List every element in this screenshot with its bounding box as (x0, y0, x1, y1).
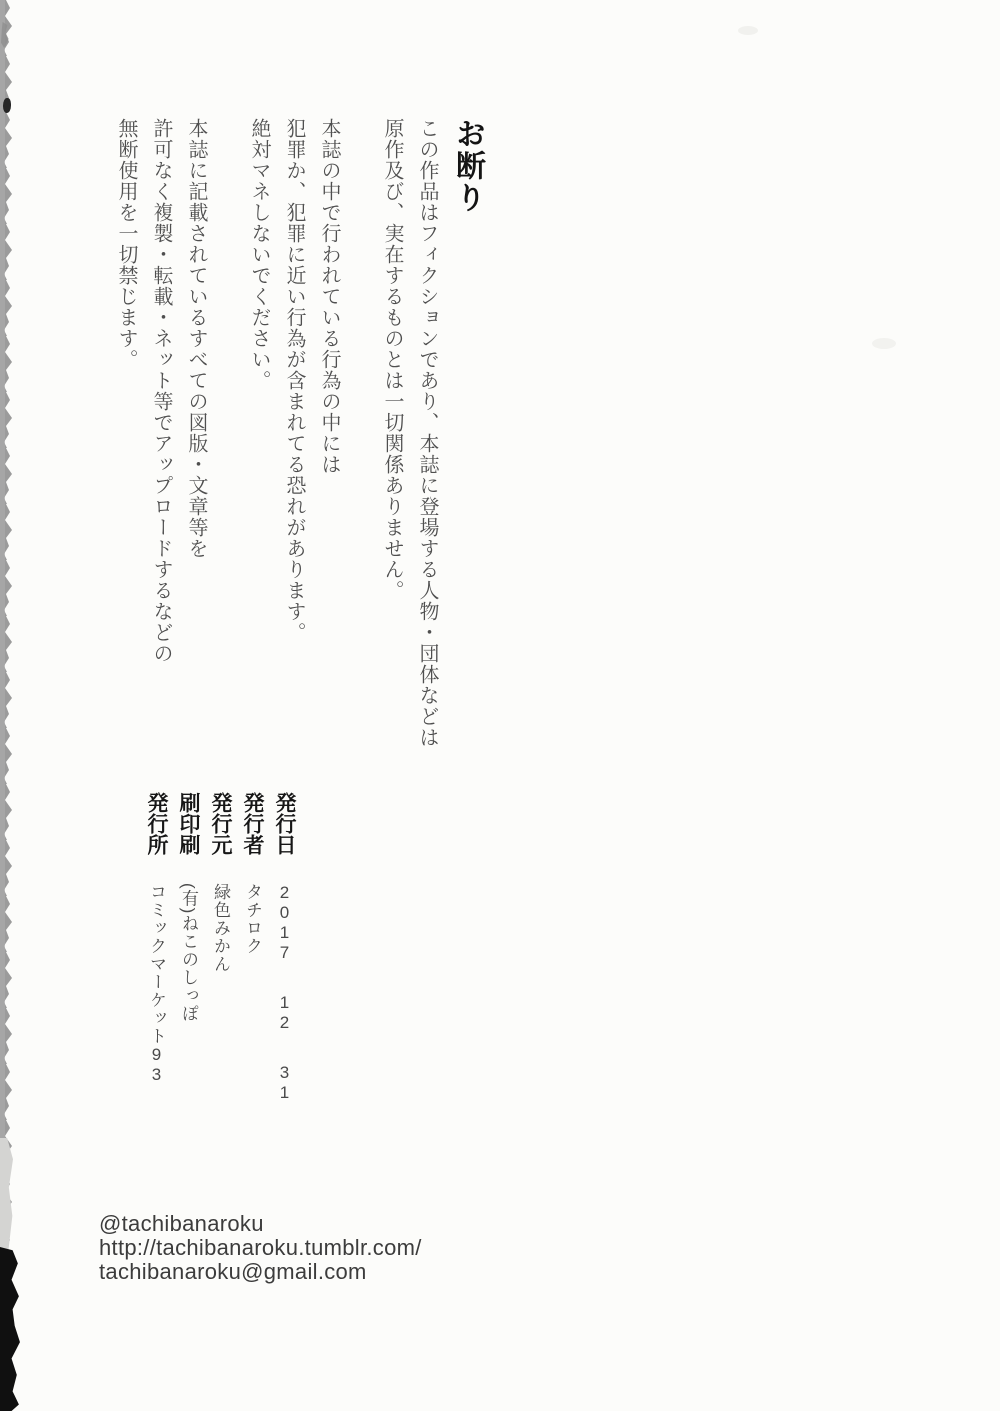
publication-date: 2017 12 31 (275, 883, 294, 1103)
event-number: 93 (147, 1045, 166, 1085)
printer-name: (有)ねこのしっぽ (179, 883, 198, 1022)
colophon-row-publication-date: 発行日 2017 12 31 (268, 792, 300, 1092)
twitter-handle: @tachibanaroku (99, 1212, 422, 1236)
colophon-label: 発行日 (273, 792, 296, 855)
disclaimer-line: 本誌に記載されているすべての図版・文章等を (178, 118, 213, 798)
event-name: コミックマーケット93 (147, 883, 166, 1085)
website-url: http://tachibanaroku.tumblr.com/ (99, 1236, 422, 1260)
circle-name: 緑色みかん (211, 883, 230, 973)
disclaimer-title: お断り (444, 118, 490, 798)
disclaimer-line: 犯罪か、犯罪に近い行為が含まれてる恐れがあります。 (276, 118, 311, 798)
contact-block: @tachibanaroku http://tachibanaroku.tumb… (99, 1212, 422, 1284)
scanned-page: お断り この作品はフィクションであり、本誌に登場する人物・団体などは 原作及び、… (0, 0, 1000, 1411)
colophon-row-printer: 刷印刷 (有)ねこのしっぽ (172, 792, 204, 1092)
colophon-block: 発行日 2017 12 31 発行者 タチロク 発行元 緑色みかん 刷印刷 (有… (140, 792, 300, 1092)
disclaimer-line: 絶対マネしないでください。 (241, 118, 276, 798)
disclaimer-line: 許可なく複製・転載・ネット等でアップロードするなどの (143, 118, 178, 798)
scan-smudge (872, 338, 896, 349)
scan-speck (3, 98, 11, 113)
disclaimer-line: 無断使用を一切禁じます。 (108, 118, 143, 798)
colophon-row-circle: 発行元 緑色みかん (204, 792, 236, 1092)
email-address: tachibanaroku@gmail.com (99, 1260, 422, 1284)
colophon-row-event: 発行所 コミックマーケット93 (140, 792, 172, 1092)
disclaimer-line: 原作及び、実在するものとは一切関係ありません。 (374, 118, 409, 798)
colophon-label: 発行者 (241, 792, 264, 855)
scan-smudge (738, 26, 758, 35)
colophon-row-publisher-person: 発行者 タチロク (236, 792, 268, 1092)
colophon-label: 発行元 (209, 792, 232, 855)
publisher-person: タチロク (243, 883, 262, 955)
disclaimer-line: この作品はフィクションであり、本誌に登場する人物・団体などは (409, 118, 444, 798)
disclaimer-line: 本誌の中で行われている行為の中には (311, 118, 346, 798)
colophon-label: 刷印刷 (177, 792, 200, 855)
colophon-label: 発行所 (145, 792, 168, 855)
disclaimer-block: お断り この作品はフィクションであり、本誌に登場する人物・団体などは 原作及び、… (108, 118, 490, 798)
event-name-text: コミックマーケット (147, 883, 166, 1045)
